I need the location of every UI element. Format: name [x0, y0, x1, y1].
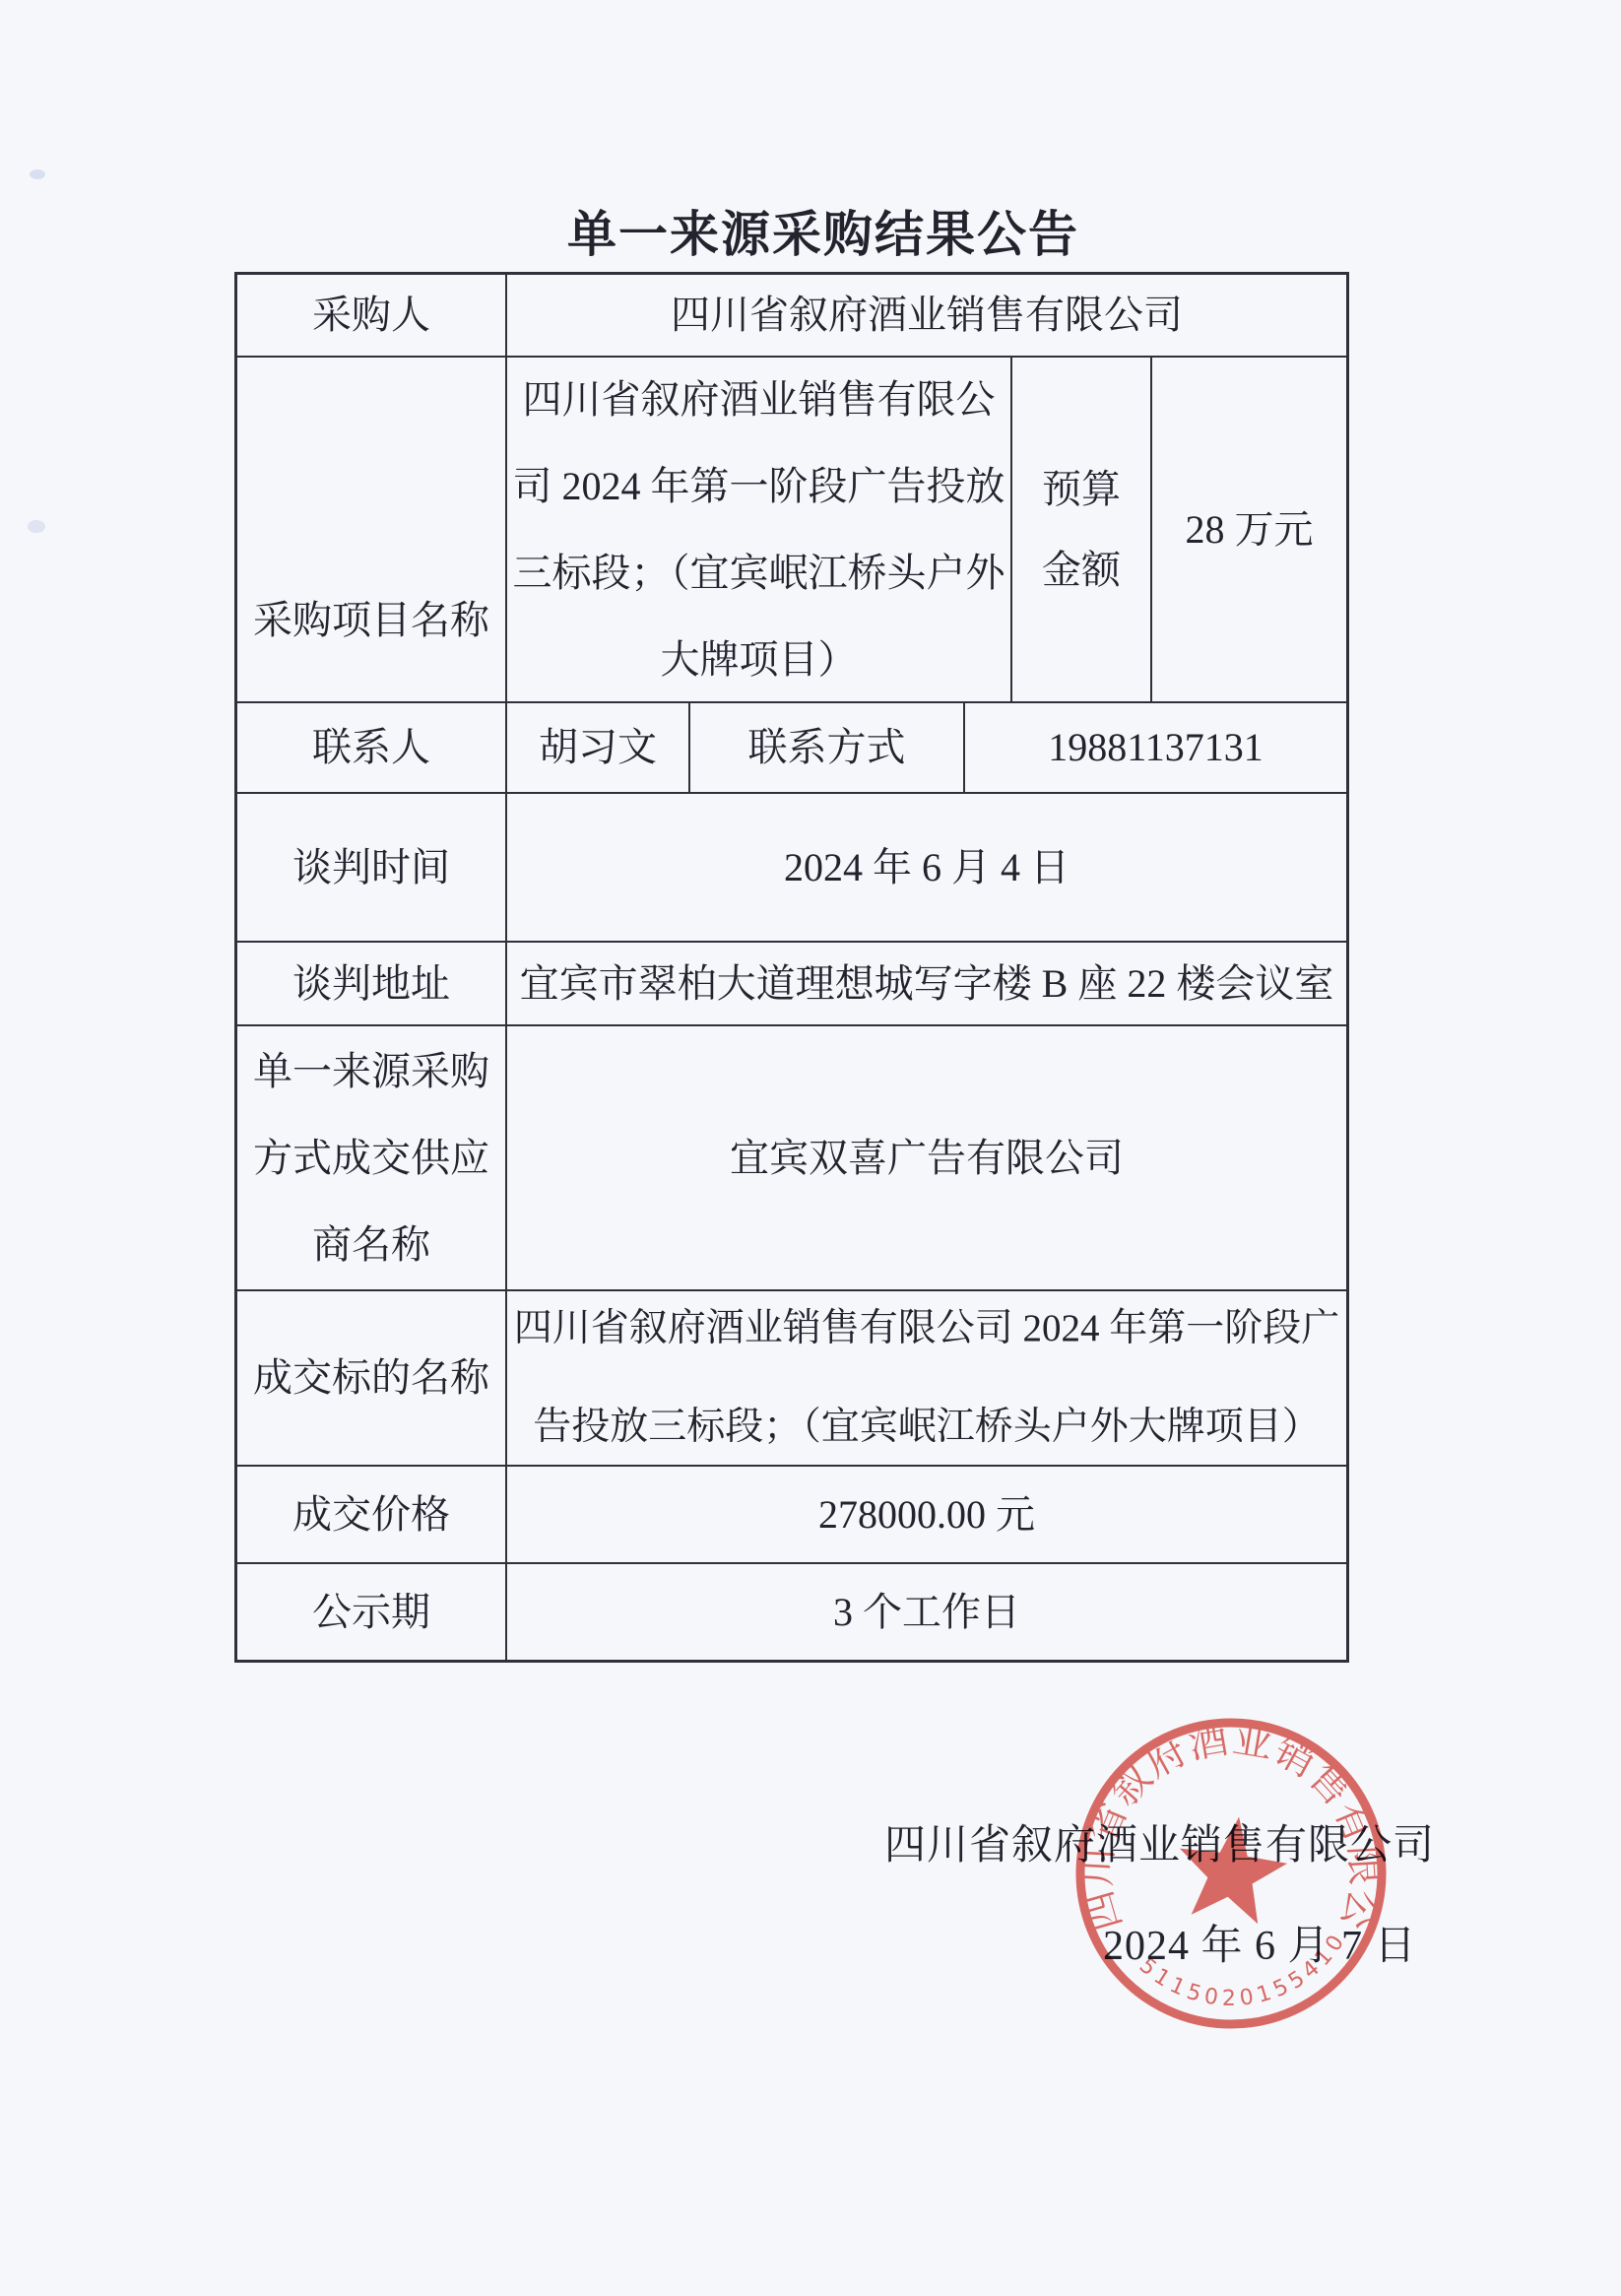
table-row-negotiation-time: 谈判时间 2024 年 6 月 4 日: [237, 792, 1346, 941]
budget-label: 预算 金额: [1010, 358, 1150, 701]
project-name-label: 采购项目名称: [237, 358, 505, 701]
document-page: 单一来源采购结果公告 采购人 四川省叙府酒业销售有限公司 采购项目名称 四川省叙…: [0, 0, 1621, 2296]
table-row-contact: 联系人 胡习文 联系方式 19881137131: [237, 701, 1346, 792]
award-price-value: 278000.00 元: [505, 1467, 1346, 1562]
table-row-award-subject: 成交标的名称 四川省叙府酒业销售有限公司 2024 年第一阶段广 告投放三标段；…: [237, 1289, 1346, 1465]
negotiation-time-label: 谈判时间: [237, 794, 505, 941]
purchaser-label: 采购人: [237, 275, 505, 356]
budget-value: 28 万元: [1150, 358, 1346, 701]
award-subject-value: 四川省叙府酒业销售有限公司 2024 年第一阶段广 告投放三标段；（宜宾岷江桥头…: [505, 1291, 1346, 1465]
supplier-value: 宜宾双喜广告有限公司: [505, 1026, 1346, 1289]
table-row-negotiation-address: 谈判地址 宜宾市翠柏大道理想城写字楼 B 座 22 楼会议室: [237, 941, 1346, 1024]
negotiation-address-value: 宜宾市翠柏大道理想城写字楼 B 座 22 楼会议室: [505, 943, 1346, 1024]
table-row-project: 采购项目名称 四川省叙府酒业销售有限公 司 2024 年第一阶段广告投放 三标段…: [237, 356, 1346, 701]
publicity-period-value: 3 个工作日: [505, 1564, 1346, 1660]
supplier-label: 单一来源采购 方式成交供应 商名称: [237, 1026, 505, 1289]
table-row-supplier: 单一来源采购 方式成交供应 商名称 宜宾双喜广告有限公司: [237, 1024, 1346, 1289]
award-price-label: 成交价格: [237, 1467, 505, 1562]
negotiation-time-value: 2024 年 6 月 4 日: [505, 794, 1346, 941]
project-name-value: 四川省叙府酒业销售有限公 司 2024 年第一阶段广告投放 三标段；（宜宾岷江桥…: [505, 358, 1010, 701]
publicity-period-label: 公示期: [237, 1564, 505, 1660]
scan-smudge: [30, 169, 45, 179]
contact-name-value: 胡习文: [505, 703, 688, 792]
contact-method-label: 联系方式: [688, 703, 963, 792]
seal-arc-text: 四川省叙府酒业销售有限公司: [1064, 1706, 1388, 1935]
svg-text:四川省叙府酒业销售有限公司: 四川省叙府酒业销售有限公司: [1064, 1706, 1388, 1935]
company-seal-stamp: 四川省叙府酒业销售有限公司 5115020155410: [1064, 1706, 1398, 2041]
page-title: 单一来源采购结果公告: [567, 195, 1079, 266]
scan-smudge: [28, 520, 45, 533]
announcement-table: 采购人 四川省叙府酒业销售有限公司 采购项目名称 四川省叙府酒业销售有限公 司 …: [234, 272, 1349, 1663]
table-row-publicity-period: 公示期 3 个工作日: [237, 1562, 1346, 1660]
star-icon: [1180, 1817, 1287, 1925]
contact-phone-value: 19881137131: [963, 703, 1346, 792]
award-subject-label: 成交标的名称: [237, 1291, 505, 1465]
table-row-award-price: 成交价格 278000.00 元: [237, 1465, 1346, 1562]
table-row-purchaser: 采购人 四川省叙府酒业销售有限公司: [237, 275, 1346, 356]
purchaser-value: 四川省叙府酒业销售有限公司: [505, 275, 1346, 356]
contact-label: 联系人: [237, 703, 505, 792]
negotiation-address-label: 谈判地址: [237, 943, 505, 1024]
